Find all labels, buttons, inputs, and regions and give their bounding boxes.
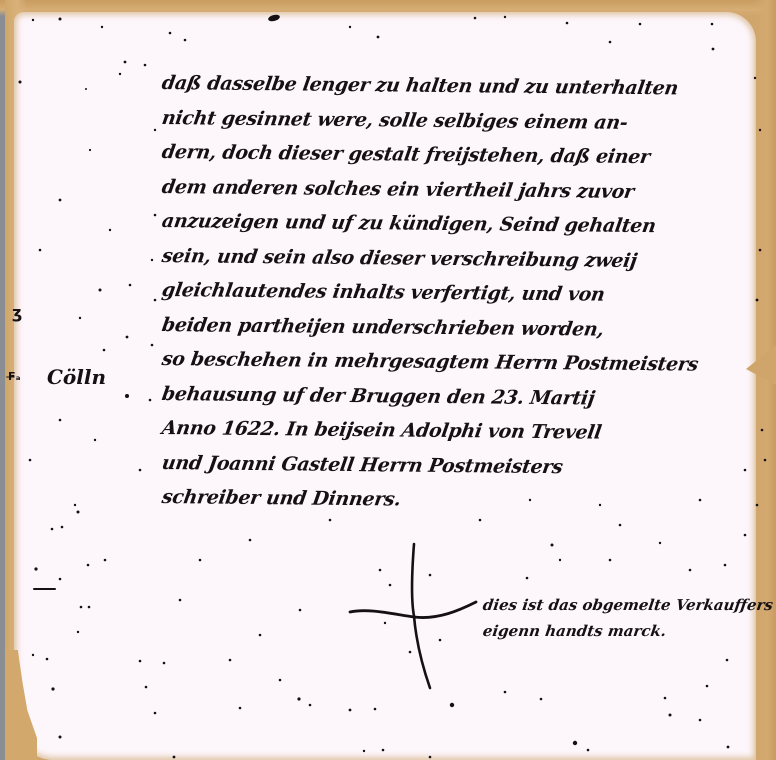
margin-mark: ʒ (12, 303, 22, 322)
text-line: dern, doch dieser gestalt freijstehen, d… (159, 135, 763, 176)
text-line: so beschehen in mehrgesagtem Herrn Postm… (159, 342, 763, 383)
text-line: schreiber und Dinners. (159, 480, 763, 521)
cross-mark-icon (348, 540, 480, 690)
text-line: daß dasselbe lenger zu halten und zu unt… (159, 66, 763, 107)
margin-dash (33, 588, 56, 590)
signature-note-line: dies ist das obgemelte Verkauffers (481, 592, 775, 618)
margin-place-note: Cölln (47, 365, 106, 389)
signature-note: dies ist das obgemelte Verkauffers eigen… (483, 592, 773, 644)
margin-mark: F̶ₐ (8, 370, 21, 383)
document-scan: daß dasselbe lenger zu halten und zu unt… (0, 0, 776, 760)
signature-note-line: eigenn handts marck. (481, 618, 775, 644)
text-line: anzuzeigen und uf zu kündigen, Seind geh… (159, 204, 763, 245)
text-line: gleichlautendes inhalts verfertigt, und … (159, 273, 763, 314)
text-line: Anno 1622. In beijsein Adolphi von Treve… (159, 411, 763, 452)
handwritten-body: daß dasselbe lenger zu halten und zu unt… (162, 66, 762, 515)
